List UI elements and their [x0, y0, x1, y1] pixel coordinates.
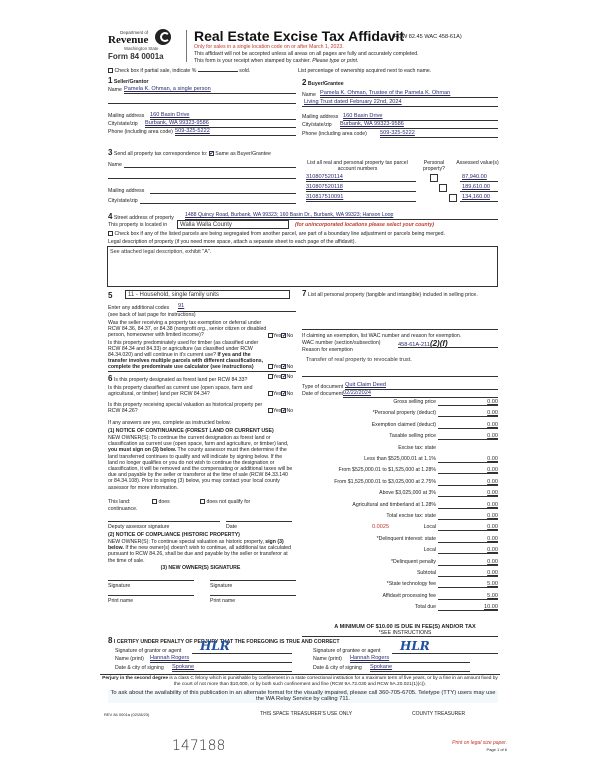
- owner-print-1[interactable]: [108, 595, 194, 596]
- buyer-mailing-field[interactable]: 160 Basin Drive: [343, 113, 383, 119]
- tax-row-line: [438, 485, 498, 486]
- tax-row-label: Subtotal: [300, 570, 436, 576]
- revenue-logo-text: Revenue: [108, 34, 148, 46]
- parcel-number[interactable]: 310817510091: [306, 194, 343, 200]
- notice-receipt-italic: Please type or print.: [312, 58, 358, 64]
- parcel-line: [306, 191, 416, 192]
- seller-phone-label: Phone (including area code): [108, 129, 173, 135]
- doc-date-line: [343, 397, 498, 398]
- street-label-row: 4 Street address of property: [108, 212, 174, 221]
- tax-row-label: From $525,000.01 to $1,525,000 at 1.28%: [300, 467, 436, 473]
- parcel-line: [306, 201, 416, 202]
- doc-date-field[interactable]: 02/22/2024: [343, 390, 371, 396]
- local-rate: 0.0025: [372, 524, 389, 530]
- tax-row-line: [438, 519, 498, 520]
- additional-codes-label: Enter any additional codes: [108, 305, 169, 311]
- deputy-signature-field[interactable]: [108, 521, 220, 522]
- buyer-name-field-2[interactable]: Living Trust dated February 22nd, 2024: [304, 99, 402, 105]
- county-treasurer: COUNTY TREASURER: [412, 711, 465, 717]
- street-label: Street address of property: [114, 215, 174, 221]
- correspondence-mailing-field[interactable]: [150, 193, 296, 194]
- personal-property-checkbox[interactable]: [449, 194, 457, 202]
- grantee-date-label: Date & city of signing: [313, 665, 362, 671]
- tax-row-line: [438, 599, 498, 600]
- doc-date-label: Date of document: [302, 391, 343, 397]
- buyer-name-field-1[interactable]: Pamela K. Ohman, Trustee of the Pamela K…: [320, 90, 450, 96]
- personal-property-checkbox[interactable]: [430, 174, 438, 182]
- tax-row-value[interactable]: 0.00: [440, 559, 498, 565]
- assessed-value[interactable]: 189,610.00: [462, 184, 490, 190]
- form-title: Real Estate Excise Tax Affidavit: [194, 28, 404, 44]
- seller-phone-field[interactable]: 509-325-5222: [175, 128, 210, 134]
- grantee-city-field[interactable]: Spokane: [370, 664, 392, 670]
- tax-row-line: [438, 508, 498, 509]
- county-select[interactable]: Walla Walla County: [177, 220, 289, 229]
- notice-compliance-title: (2) NOTICE OF COMPLIANCE (HISTORIC PROPE…: [108, 532, 240, 538]
- alt-format-notice: To ask about the availability of this pu…: [108, 690, 498, 703]
- partial-sale-percent-field[interactable]: [198, 71, 238, 72]
- tax-row-line: [438, 416, 498, 417]
- dor-logo-icon: [155, 29, 171, 45]
- yes-label: Yes: [273, 374, 281, 380]
- section7-label: 7 List all personal property (tangible a…: [302, 291, 492, 298]
- buyer-city-line: [340, 128, 498, 129]
- tax-row-label: Gross selling price: [300, 399, 436, 405]
- additional-codes-field[interactable]: 91: [178, 303, 184, 309]
- this-land-label: This land:: [108, 499, 131, 505]
- street-address-field[interactable]: 1488 Quincy Road, Burbank, WA 99323; 160…: [185, 212, 393, 218]
- tax-row-line: [438, 428, 498, 429]
- grantee-sig-label: Signature of grantee or agent: [313, 648, 381, 654]
- buyer-phone-label: Phone (including area code): [302, 131, 367, 137]
- grantor-sig-line: [192, 653, 292, 654]
- reason-label: Reason for exemption: [302, 347, 353, 353]
- tax-row-value[interactable]: 0.00: [440, 433, 498, 439]
- section5-divider: [108, 371, 296, 372]
- seller-city-line: [145, 127, 296, 128]
- owner-print-2[interactable]: [210, 595, 296, 596]
- grantee-name-label: Name (print): [313, 656, 342, 662]
- tax-row-label: Local: [300, 547, 436, 553]
- does-not-label: does not qualify for: [206, 499, 250, 505]
- print-name-label-1: Print name: [108, 598, 133, 604]
- notice-receipt-text: This form is your receipt when stamped b…: [194, 58, 311, 64]
- property-num: 4: [108, 212, 112, 221]
- q-timber-yes[interactable]: [268, 364, 273, 369]
- no-label: No: [286, 364, 293, 370]
- tax-row-label: Total due: [300, 604, 436, 610]
- forest-no[interactable]: [281, 374, 286, 379]
- perjury-bold: Perjury in the second degree: [102, 676, 168, 681]
- tax-row-line: [438, 542, 498, 543]
- tax-row-label: *Personal property (deduct): [300, 410, 436, 416]
- grantor-city-field[interactable]: Spokane: [172, 664, 194, 670]
- seller-num: 1: [108, 76, 112, 85]
- tax-row-line: [438, 473, 498, 474]
- located-label: This property is located in: [108, 222, 167, 228]
- tax-row-line: [438, 530, 498, 531]
- buyer-phone-field[interactable]: 509-325-5222: [380, 130, 415, 136]
- tax-row-label: *Delinquent penalty: [300, 559, 436, 565]
- buyer-heading-text: Buyer/Grantee: [308, 81, 344, 87]
- state-label: Washington State: [124, 46, 159, 51]
- deputy-sig-label: Deputy assessor signature: [108, 524, 169, 530]
- tax-row-value[interactable]: 0.00: [440, 422, 498, 428]
- n1-bold: you must sign on (3) below.: [108, 447, 176, 453]
- seller-mailing-label: Mailing address: [108, 113, 144, 119]
- segregated-label: Check box if any of the listed parcels a…: [114, 231, 444, 237]
- current-use-yes[interactable]: [268, 391, 273, 396]
- does-checkbox[interactable]: [152, 499, 157, 504]
- tax-row-label: *State technology fee: [300, 581, 436, 587]
- signature-label-2: Signature: [210, 583, 232, 589]
- parcel-number[interactable]: 310807520118: [306, 184, 343, 190]
- parcel-col-header: List all real and personal property tax …: [305, 160, 410, 172]
- grantee-name-line: [350, 662, 470, 663]
- tax-row-label: From $1,525,000.01 to $3,025,000 at 2.75…: [300, 479, 436, 485]
- personal-col-header: Personal property?: [418, 160, 450, 172]
- assessed-value[interactable]: 134,160.00: [462, 194, 490, 200]
- grantee-sig-line: [392, 653, 498, 654]
- section6-q2: Is this property classified as current u…: [108, 385, 268, 397]
- yes-label: Yes: [273, 364, 281, 370]
- assessed-col-header: Assessed value(s): [455, 160, 500, 166]
- tax-row-value[interactable]: 0.00: [440, 502, 498, 508]
- notice-receipt: This form is your receipt when stamped b…: [194, 58, 358, 64]
- tax-row-value[interactable]: 0.00: [440, 399, 498, 405]
- correspondence-row: 3 Send all property tax correspondence t…: [108, 148, 271, 157]
- reason-line: [302, 376, 498, 377]
- assessed-line: [460, 191, 498, 192]
- tax-row-line: [438, 405, 498, 406]
- segregated-checkbox[interactable]: [108, 231, 113, 236]
- notice-continuance-text: NEW OWNER(S): To continue the current de…: [108, 435, 293, 491]
- tax-row-label: Total excise tax: state: [300, 513, 436, 519]
- parcel-list: 310807520114 87,940.00 310807520118 189,…: [0, 0, 600, 8]
- current-use-answer: YesNo: [268, 391, 293, 397]
- owner-signature-1[interactable]: [108, 580, 194, 581]
- seller-city-label: City/state/zip: [108, 121, 138, 127]
- q-exemption-answer: YesNo: [268, 333, 293, 339]
- current-use-no[interactable]: [281, 391, 286, 396]
- seller-mailing-field[interactable]: 160 Basin Drive: [150, 112, 190, 118]
- tax-row-value[interactable]: 0.00: [440, 479, 498, 485]
- correspondence-city-label: City/state/zip: [108, 198, 138, 204]
- yes-label: Yes: [273, 391, 281, 397]
- grantee-city-line: [370, 671, 470, 672]
- county-note: (for unincorporated locations please sel…: [295, 222, 434, 228]
- tax-row-label: Local: [300, 524, 436, 530]
- seller-heading-text: Seller/Grantor: [114, 79, 149, 85]
- tax-row-value[interactable]: 0.00: [440, 410, 498, 416]
- n2-a: NEW OWNER(S): To continue special valuat…: [108, 539, 264, 545]
- tax-row-line: [438, 565, 498, 566]
- n2-b: If the new owner(s) doesn't wish to cont…: [108, 545, 291, 563]
- tax-row-line: [438, 610, 498, 611]
- correspondence-mailing-label: Mailing address: [108, 188, 144, 194]
- grantor-name-field[interactable]: Hannah Rogers: [150, 655, 189, 661]
- tax-row-label: Exemption claimed (deduct): [300, 422, 436, 428]
- tax-row-value[interactable]: 0.00: [440, 524, 498, 530]
- grantor-date-label: Date & city of signing: [115, 665, 164, 671]
- section5-num: 5: [108, 291, 112, 300]
- section6-q1-text: Is this property designated as forest la…: [114, 377, 248, 383]
- section8-divider: [100, 674, 500, 675]
- section7-num: 7: [302, 289, 306, 298]
- historic-answer: YesNo: [268, 408, 293, 414]
- seller-city-field[interactable]: Burbank, WA 99323-9586: [145, 120, 209, 126]
- q-exemption: Was the seller receiving a property tax …: [108, 320, 268, 338]
- parcel-line: [306, 181, 416, 182]
- perjury-text: is a class C felony which is punishable …: [169, 676, 497, 687]
- page-number: Page 1 of 6: [487, 747, 507, 752]
- assessed-line: [460, 181, 498, 182]
- header-divider: [186, 30, 187, 62]
- print-name-label-2: Print name: [210, 598, 235, 604]
- continuance-label: continuance.: [108, 506, 137, 512]
- q-timber-no[interactable]: [281, 364, 286, 369]
- buyer-name-line-2: [302, 106, 498, 107]
- perjury-notice: Perjury in the second degree is a class …: [100, 676, 500, 687]
- tax-row-value[interactable]: 0.00: [440, 456, 498, 462]
- tax-row-line: [438, 496, 498, 497]
- does-option: does: [152, 499, 170, 505]
- same-as-buyer-label: Same as Buyer/Grantee: [215, 151, 271, 157]
- legal-label: Legal description of property (if you ne…: [108, 239, 356, 245]
- tax-row-value[interactable]: 10.00: [440, 604, 498, 610]
- affidavit-page: Department of Revenue Washington State F…: [0, 0, 600, 780]
- correspondence-name-field[interactable]: [124, 167, 296, 168]
- doc-type-label: Type of document: [302, 384, 343, 390]
- rcw-reference: (RCW 82.45 WAC 458-61A): [392, 34, 462, 40]
- land-use-code-select[interactable]: 11 - Household, single family units: [125, 290, 290, 299]
- tax-row-line: [438, 576, 498, 577]
- seller-name-line-2: [108, 103, 296, 104]
- tax-row-label: *Delinquent interest: state: [300, 536, 436, 542]
- buyer-city-field[interactable]: Burbank, WA 99323-9586: [340, 121, 404, 127]
- partial-sale-sold: sold.: [239, 68, 250, 74]
- section7-text: List all personal property (tangible and…: [308, 292, 478, 298]
- signature-label-1: Signature: [108, 583, 130, 589]
- tax-row-label: Excise tax: state: [300, 445, 436, 451]
- tax-row-label: Less than $525,000.01 at 1.1%: [300, 456, 436, 462]
- notice-red: Only for sales in a single location code…: [194, 44, 344, 50]
- partial-sale-label: Check box if partial sale, indicate %: [114, 68, 196, 74]
- new-owner-signature-title: (3) NEW OWNER(S) SIGNATURE: [108, 565, 293, 571]
- n1-b: The county assessor must then determine …: [108, 447, 292, 490]
- legal-description-textarea[interactable]: See attached legal description, exhibit …: [107, 246, 498, 287]
- does-label: does: [158, 499, 169, 505]
- handwritten-number: 147188: [172, 738, 225, 754]
- see-back-note: (see back of last page for instructions): [108, 312, 196, 318]
- yes-label: Yes: [273, 333, 281, 339]
- notice-continuance-title: (1) NOTICE OF CONTINUANCE (FOREST LAND O…: [108, 428, 274, 434]
- personal-property-field[interactable]: [302, 329, 498, 330]
- correspondence-label: Send all property tax correspondence to:: [114, 151, 207, 157]
- tax-row-value[interactable]: 0.00: [440, 513, 498, 519]
- correspondence-name-line-2: [108, 178, 296, 179]
- notice-compliance-text: NEW OWNER(S): To continue special valuat…: [108, 539, 293, 564]
- q-exemption-no[interactable]: [281, 333, 286, 338]
- buyer-mailing-label: Mailing address: [302, 114, 338, 120]
- tax-row-value[interactable]: 0.00: [440, 490, 498, 496]
- reason-field[interactable]: Transfer of real property to revocable t…: [306, 357, 412, 363]
- correspondence-num: 3: [108, 148, 112, 157]
- does-not-option: does not qualify for: [200, 499, 250, 505]
- section6-num: 6: [108, 374, 112, 383]
- seller-phone-line: [175, 135, 296, 136]
- section8-num: 8: [108, 636, 112, 645]
- buyer-num: 2: [302, 78, 306, 87]
- grantor-name-label: Name (print): [115, 656, 144, 662]
- tax-row-label: Agricultural and timberland at 1.28%: [300, 502, 436, 508]
- tax-row-value[interactable]: 5.00: [440, 593, 498, 599]
- historic-no[interactable]: [281, 408, 286, 413]
- tax-row-label: Affidavit processing fee: [300, 593, 436, 599]
- does-not-checkbox[interactable]: [200, 499, 205, 504]
- seller-name-field[interactable]: Pamela K. Ohman, a single person: [124, 86, 211, 92]
- forest-answer: YesNo: [268, 374, 293, 380]
- tax-row-line: [438, 587, 498, 588]
- notice-accept: This affidavit will not be accepted unle…: [194, 51, 419, 57]
- yes-label: Yes: [273, 408, 281, 414]
- tax-row-value[interactable]: 0.00: [440, 547, 498, 553]
- owner-signature-2[interactable]: [210, 580, 296, 581]
- partial-sale-checkbox[interactable]: [108, 68, 113, 73]
- deputy-date-field[interactable]: [226, 521, 292, 522]
- segregated-row: Check box if any of the listed parcels a…: [108, 231, 445, 237]
- no-label: No: [286, 408, 293, 414]
- tax-row-value[interactable]: 0.00: [440, 536, 498, 542]
- wac-line: [398, 347, 498, 348]
- q-timber: Is this property predominately used for …: [108, 340, 268, 370]
- buyer-phone-line: [380, 137, 498, 138]
- buyer-name-label: Name: [302, 92, 316, 98]
- grantee-signature[interactable]: HLR: [400, 639, 430, 653]
- no-label: No: [286, 391, 293, 397]
- doc-type-field[interactable]: Quit Claim Deed: [345, 382, 386, 388]
- grantor-sig-label: Signature of grantor or agent: [115, 648, 181, 654]
- assessed-line: [460, 201, 498, 202]
- tax-row-value[interactable]: 0.00: [440, 467, 498, 473]
- correspondence-name-label: Name: [108, 162, 122, 168]
- same-as-buyer-checkbox[interactable]: [209, 151, 214, 156]
- q-timber-answer: YesNo: [268, 364, 293, 370]
- print-legal-note: Print on legal size paper.: [452, 740, 507, 746]
- grantor-signature[interactable]: HLR: [200, 639, 230, 653]
- tax-row-value[interactable]: 5.00: [440, 581, 498, 587]
- grantee-name-field[interactable]: Hannah Rogers: [350, 655, 389, 661]
- tax-row-label: Above $3,025,000 at 3%: [300, 490, 436, 496]
- n1-a: NEW OWNER(S): To continue the current de…: [108, 435, 289, 447]
- seller-name-line: [124, 93, 296, 94]
- correspondence-city-field[interactable]: [140, 203, 296, 204]
- section6-instruct: If any answers are yes, complete as inst…: [108, 420, 231, 426]
- personal-property-checkbox[interactable]: [439, 184, 447, 192]
- form-number: Form 84 0001a: [108, 52, 164, 61]
- section6-q3: Is this property receiving special valua…: [108, 402, 268, 414]
- grantor-name-line: [150, 662, 292, 663]
- partial-sale-row: Check box if partial sale, indicate % so…: [108, 68, 250, 74]
- tax-row-label: Taxable selling price: [300, 433, 436, 439]
- ownership-note: List percentage of ownership acquired ne…: [298, 68, 431, 74]
- tax-row-line: [438, 462, 498, 463]
- tax-row-line: [438, 439, 498, 440]
- no-label: No: [286, 333, 293, 339]
- buyer-heading: 2 Buyer/Grantee: [302, 78, 344, 87]
- wac-label: WAC number (section/subsection): [302, 340, 381, 346]
- deputy-date-label: Date: [226, 524, 237, 530]
- historic-yes[interactable]: [268, 408, 273, 413]
- section6-q1: 6 Is this property designated as forest …: [108, 374, 247, 383]
- seller-heading: 1 Seller/Grantor: [108, 76, 149, 85]
- buyer-city-label: City/state/zip: [302, 122, 332, 128]
- treasurer-use: THIS SPACE TREASURER'S USE ONLY: [260, 711, 352, 717]
- rev-code: REV 84 0001a (02/28/23): [104, 712, 149, 717]
- parcel-number[interactable]: 310807520114: [306, 174, 343, 180]
- buyer-name-line: [320, 97, 498, 98]
- tax-row-line: [438, 553, 498, 554]
- q-exemption-yes[interactable]: [268, 333, 273, 338]
- seller-name-label: Name: [108, 87, 122, 93]
- grantor-city-line: [172, 671, 292, 672]
- forest-yes[interactable]: [268, 374, 273, 379]
- tax-row-value[interactable]: 0.00: [440, 570, 498, 576]
- assessed-value[interactable]: 87,940.00: [462, 174, 487, 180]
- no-label: No: [286, 374, 293, 380]
